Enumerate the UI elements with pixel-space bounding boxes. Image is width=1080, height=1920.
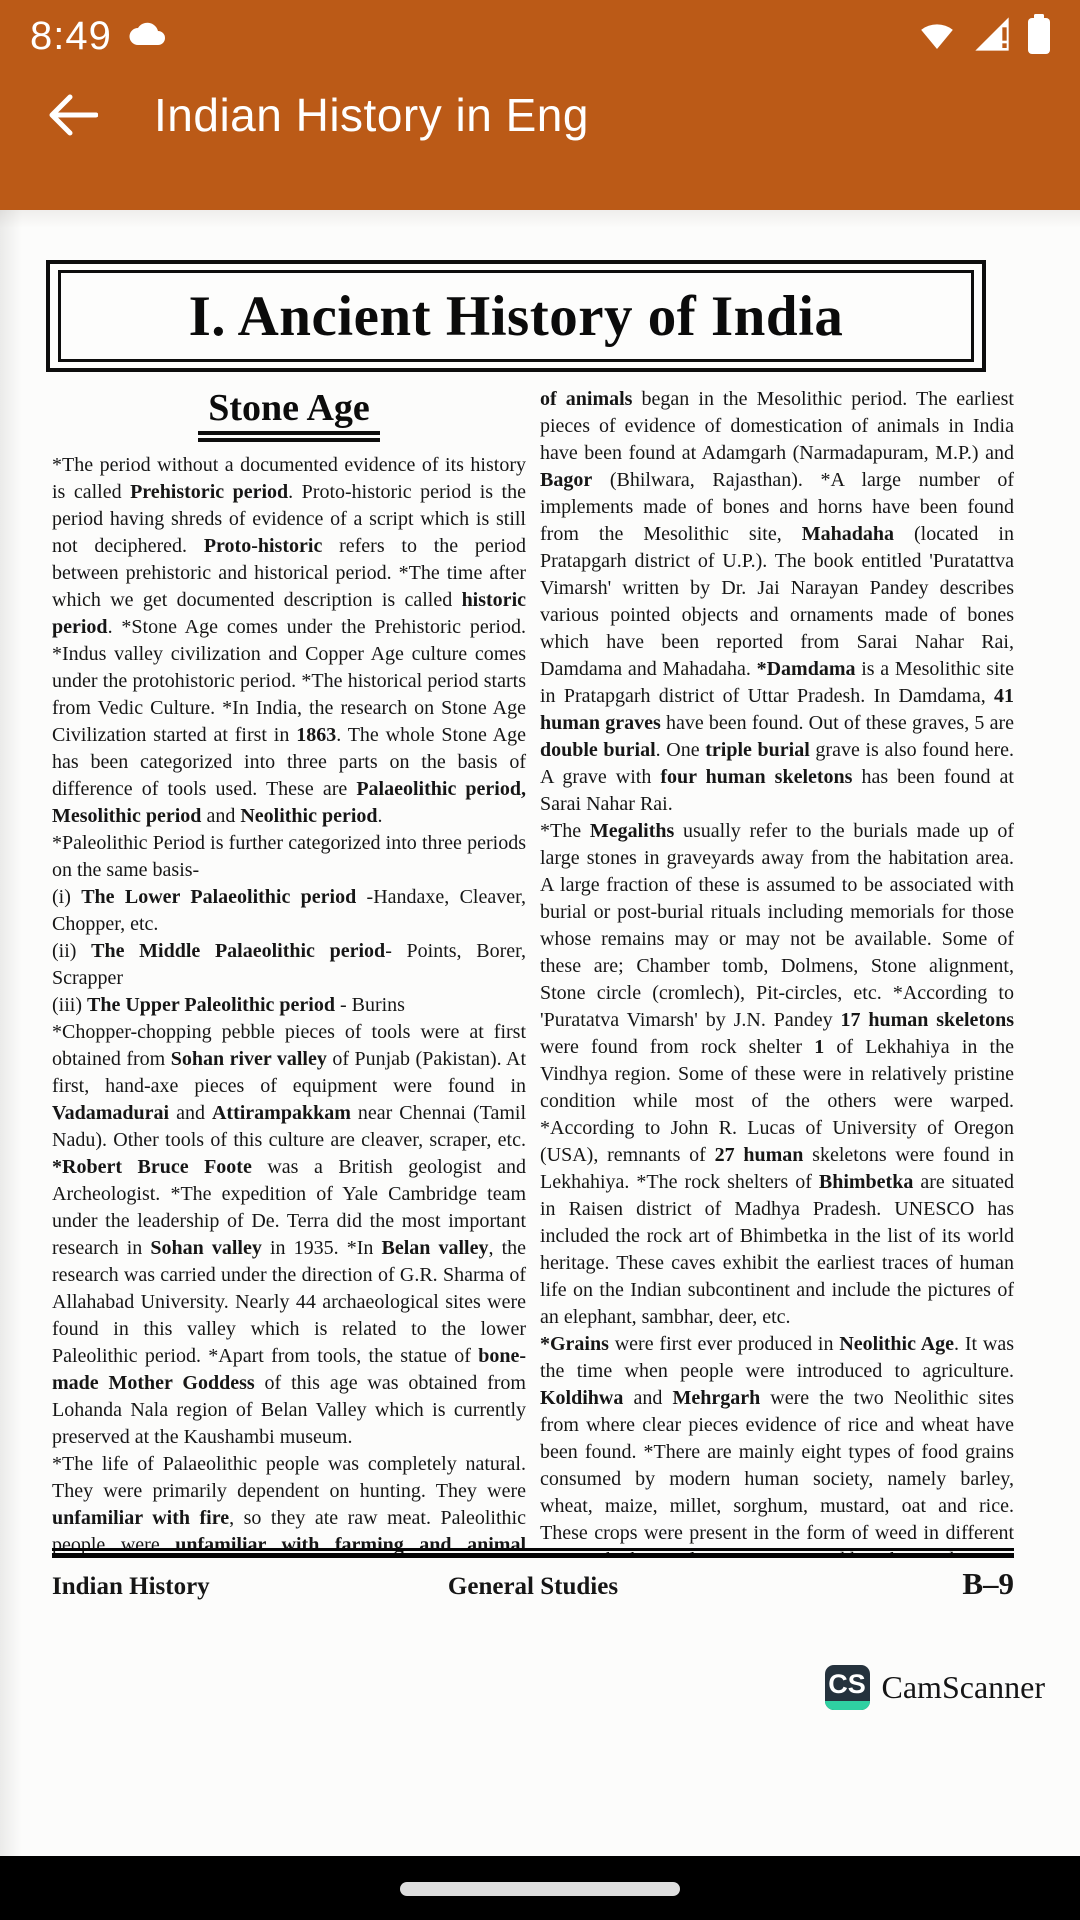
chapter-title: I. Ancient History of India [189, 284, 844, 349]
paragraph: *The period without a documented evidenc… [52, 452, 526, 830]
footer-page-number: B–9 [714, 1566, 1014, 1602]
document-page[interactable]: I. Ancient History of India Stone Age *T… [0, 210, 1080, 1856]
signal-alert-icon [972, 14, 1012, 59]
paragraph: *The Megaliths usually refer to the buri… [540, 818, 1014, 1331]
document-body: Stone Age *The period without a document… [52, 386, 1014, 1554]
status-bar: 8:49 [30, 10, 1052, 62]
app-bar: Indian History in Eng [42, 82, 1050, 148]
battery-icon [1026, 13, 1052, 60]
app-title: Indian History in Eng [154, 88, 589, 142]
cloud-icon [128, 19, 168, 54]
camscanner-logo-icon: CS [825, 1665, 870, 1710]
right-column: of animals began in the Mesolithic perio… [540, 386, 1014, 1554]
chapter-title-box: I. Ancient History of India [46, 260, 986, 372]
paragraph: *Grains were first ever produced in Neol… [540, 1331, 1014, 1554]
paragraph: (i) The Lower Palaeolithic period -Handa… [52, 884, 526, 938]
page-footer: Indian History General Studies B–9 [52, 1548, 1014, 1602]
app-header: 8:49 [0, 0, 1080, 210]
wifi-icon [916, 14, 958, 59]
gesture-nav-bar [0, 1856, 1080, 1920]
camscanner-watermark: CS CamScanner [825, 1665, 1046, 1710]
footer-rule [52, 1548, 1014, 1558]
paragraph: of animals began in the Mesolithic perio… [540, 386, 1014, 818]
footer-book-title: Indian History [52, 1573, 352, 1601]
footer-series: General Studies [352, 1573, 714, 1601]
back-arrow-icon [46, 93, 98, 137]
back-button[interactable] [42, 85, 102, 145]
left-column: Stone Age *The period without a document… [52, 386, 526, 1554]
paragraph: *Chopper-chopping pebble pieces of tools… [52, 1019, 526, 1451]
section-title: Stone Age [198, 386, 380, 442]
camscanner-label: CamScanner [882, 1669, 1046, 1706]
paragraph: *The life of Palaeolithic people was com… [52, 1451, 526, 1554]
paragraph: (iii) The Upper Paleolithic period - Bur… [52, 992, 526, 1019]
status-icons [916, 13, 1052, 60]
status-time: 8:49 [30, 14, 112, 59]
paragraph: (ii) The Middle Palaeolithic period- Poi… [52, 938, 526, 992]
paragraph: *Paleolithic Period is further categoriz… [52, 830, 526, 884]
screen: 8:49 [0, 0, 1080, 1920]
home-indicator[interactable] [400, 1882, 680, 1896]
